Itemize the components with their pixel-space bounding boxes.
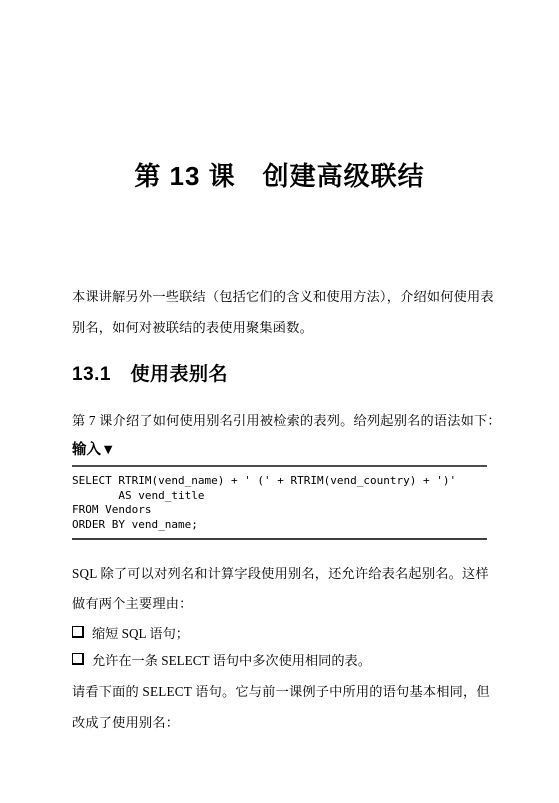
intro-paragraph: 本课讲解另外一些联结（包括它们的含义和使用方法），介绍如何使用表 别名，如何对被… <box>72 281 487 343</box>
paragraph-line: 请看下面的 SELECT 语句。它与前一课例子中所用的语句基本相同，但 <box>72 676 487 707</box>
list-item-text: 缩短 SQL 语句； <box>92 626 189 641</box>
sql-code-block: SELECT RTRIM(vend_name) + ' (' + RTRIM(v… <box>72 467 487 540</box>
code-line: ORDER BY vend_name; <box>72 518 487 533</box>
chapter-title: 第 13 课 创建高级联结 <box>72 159 487 193</box>
hollow-square-bullet-icon <box>72 653 84 665</box>
book-page: 第 13 课 创建高级联结 本课讲解另外一些联结（包括它们的含义和使用方法），介… <box>0 0 559 803</box>
section-heading: 13.1 使用表别名 <box>72 361 487 389</box>
paragraph-line: SQL 除了可以对列名和计算字段使用别名，还允许给表名起别名。这样 <box>72 559 487 589</box>
code-line: SELECT RTRIM(vend_name) + ' (' + RTRIM(v… <box>72 474 487 489</box>
list-item: 缩短 SQL 语句； <box>72 620 487 647</box>
table-alias-paragraph: SQL 除了可以对列名和计算字段使用别名，还允许给表名起别名。这样 做有两个主要… <box>72 559 487 619</box>
paragraph-line: 本课讲解另外一些联结（包括它们的含义和使用方法），介绍如何使用表 <box>72 281 487 312</box>
code-line: FROM Vendors <box>72 503 487 518</box>
paragraph-line: 别名，如何对被联结的表使用聚集函数。 <box>72 312 487 343</box>
paragraph-line: 改成了使用别名： <box>72 707 487 738</box>
code-line: AS vend_title <box>72 489 487 504</box>
column-alias-paragraph: 第 7 课介绍了如何使用别名引用被检索的表列。给列起别名的语法如下： <box>72 405 487 436</box>
see-select-paragraph: 请看下面的 SELECT 语句。它与前一课例子中所用的语句基本相同，但 改成了使… <box>72 676 487 738</box>
input-label: 输入▼ <box>72 441 487 467</box>
list-item: 允许在一条 SELECT 语句中多次使用相同的表。 <box>72 647 487 674</box>
paragraph-line: 第 7 课介绍了如何使用别名引用被检索的表列。给列起别名的语法如下： <box>72 405 487 436</box>
reasons-bullet-list: 缩短 SQL 语句； 允许在一条 SELECT 语句中多次使用相同的表。 <box>72 620 487 674</box>
paragraph-line: 做有两个主要理由： <box>72 589 487 619</box>
list-item-text: 允许在一条 SELECT 语句中多次使用相同的表。 <box>92 653 371 668</box>
hollow-square-bullet-icon <box>72 626 84 638</box>
